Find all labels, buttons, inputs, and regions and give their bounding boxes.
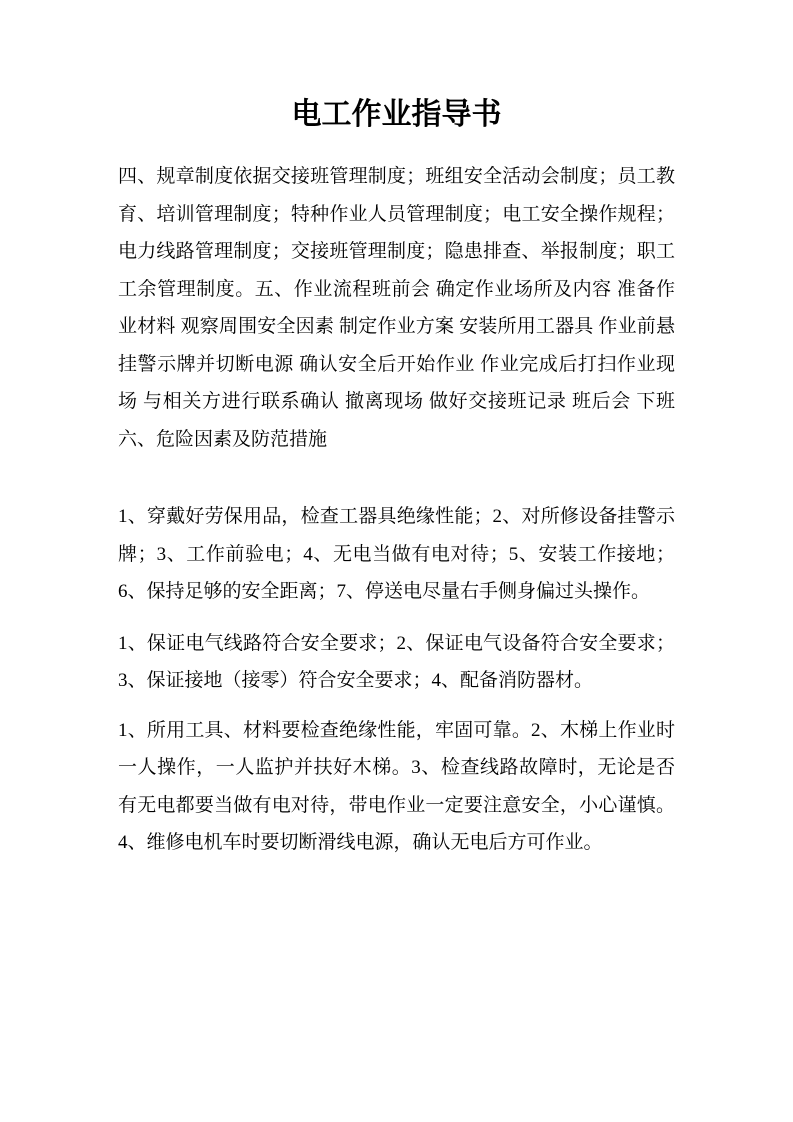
paragraph-rules-and-workflow: 四、规章制度依据交接班管理制度；班组安全活动会制度；员工教育、培训管理制度；特种… [118,158,675,458]
document-page: 电工作业指导书 四、规章制度依据交接班管理制度；班组安全活动会制度；员工教育、培… [0,0,793,1122]
paragraph-protective-measures: 1、穿戴好劳保用品，检查工器具绝缘性能；2、对所修设备挂警示牌；3、工作前验电；… [118,498,675,611]
paragraph-operation-precautions: 1、所用工具、材料要检查绝缘性能，牢固可靠。2、木梯上作业时一人操作，一人监护并… [118,712,675,862]
document-title: 电工作业指导书 [118,95,675,135]
paragraph-safety-assurance: 1、保证电气线路符合安全要求；2、保证电气设备符合安全要求；3、保证接地（接零）… [118,625,675,700]
